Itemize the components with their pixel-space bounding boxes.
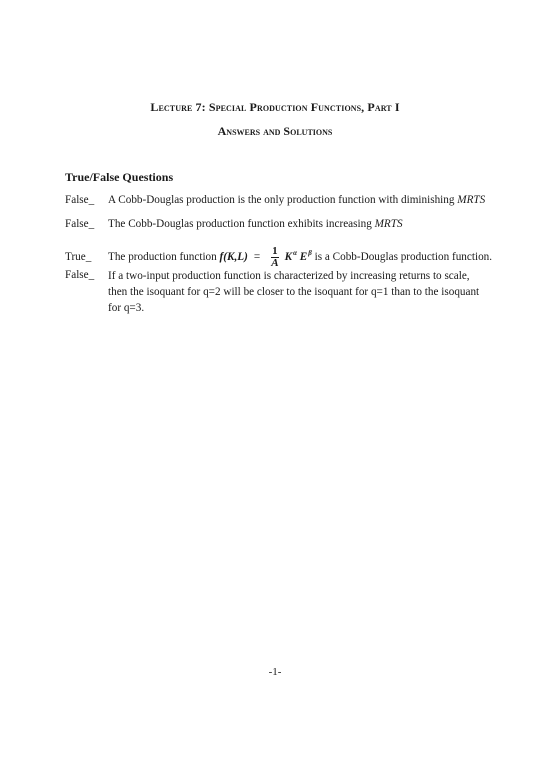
question-text: The production function <box>108 251 220 263</box>
document-subtitle: Answers and Solutions <box>0 124 550 139</box>
formula-lhs: f(K,L) <box>220 251 248 263</box>
question-text: The Cobb-Douglas production function exh… <box>108 218 375 230</box>
answer-label: False_ <box>65 268 108 283</box>
question-1: False_A Cobb-Douglas production is the o… <box>65 193 485 208</box>
question-3: True_The production function f(K,L)=1AKα… <box>65 246 492 269</box>
formula-equals: = <box>254 251 260 263</box>
formula-exp-alpha: α <box>293 249 297 257</box>
question-term: MRTS <box>457 194 485 206</box>
formula-fraction: 1A <box>271 246 279 269</box>
question-text: A Cobb-Douglas production is the only pr… <box>108 194 457 206</box>
page-number: -1- <box>0 666 550 678</box>
production-formula: f(K,L)=1AKα Eβ <box>220 246 312 269</box>
formula-var-e: E <box>300 251 307 263</box>
question-text-after: is a Cobb-Douglas production function. <box>312 251 492 263</box>
question-2: False_The Cobb-Douglas production functi… <box>65 217 403 232</box>
section-heading: True/False Questions <box>65 170 173 185</box>
answer-label: True_ <box>65 250 108 265</box>
document-page: Lecture 7: Special Production Functions,… <box>0 0 550 777</box>
formula-var-k: K <box>285 251 292 263</box>
formula-exp-beta: β <box>308 249 312 257</box>
question-4: False_If a two-input production function… <box>65 268 488 316</box>
document-title: Lecture 7: Special Production Functions,… <box>0 100 550 115</box>
answer-label: False_ <box>65 217 108 232</box>
question-term: MRTS <box>375 218 403 230</box>
answer-label: False_ <box>65 193 108 208</box>
question-text: If a two-input production function is ch… <box>108 268 488 316</box>
